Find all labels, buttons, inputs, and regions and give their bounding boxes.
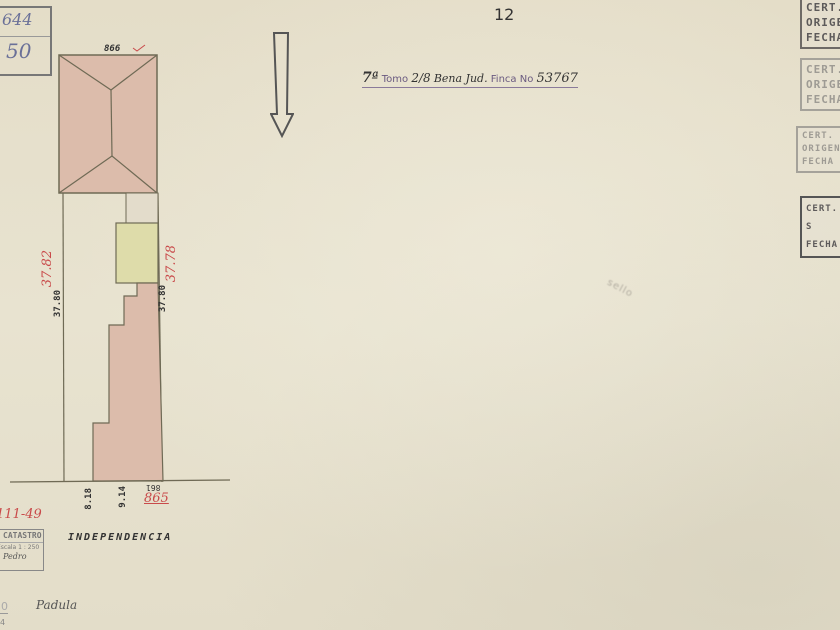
right-dimension-red: 37.78 <box>164 245 179 282</box>
cert-stamp-4: CERT. S FECHA <box>800 196 840 258</box>
bottom-red-number: 865 <box>144 491 169 506</box>
catastro-title: CATASTRO <box>0 530 43 543</box>
bottom-left-number: 50 <box>0 600 8 614</box>
plot-plan: 866 37.82 37.80 37.78 37.80 8.18 9.14 86… <box>0 0 240 500</box>
down-arrow-icon <box>270 32 294 142</box>
bottom-left-signature: Padula <box>36 598 77 612</box>
finca-label: Finca No <box>491 74 534 85</box>
finca-value: 53767 <box>537 71 578 86</box>
registry-line: 7ª Tomo 2/8 Bena Jud. Finca No 53767 <box>362 70 578 88</box>
right-dimension-black: 37.80 <box>158 285 168 312</box>
cert-stamp-1: CERT. ORIGE FECHA <box>800 0 840 49</box>
plan-top-number: 866 <box>104 44 120 54</box>
tomo-value: 2/8 <box>411 71 430 85</box>
cert-stamp-3: CERT. ORIGEN FECHA <box>796 126 840 173</box>
registry-prefix: 7ª <box>362 70 379 86</box>
catastro-scale: Escala 1 : 250 <box>0 543 43 552</box>
left-dimension-black: 37.80 <box>53 290 63 317</box>
bottom-label-1: 8.18 <box>84 488 94 510</box>
section-label: Bena Jud. <box>434 72 488 85</box>
page-number: 12 <box>494 5 514 24</box>
street-name: INDEPENDENCIA <box>68 532 172 543</box>
bottom-left-sub: 4 <box>0 618 5 627</box>
tomo-label: Tomo <box>382 74 408 85</box>
left-code-red: 111-49 <box>0 507 42 522</box>
bottom-label-2: 9.14 <box>118 486 128 508</box>
catastro-box: CATASTRO Escala 1 : 250 Pedro <box>0 529 44 571</box>
catastro-signature: Pedro <box>0 552 43 561</box>
cert-stamp-2: CERT. ORIGEN FECHA <box>800 58 840 111</box>
left-dimension-red: 37.82 <box>40 250 55 287</box>
